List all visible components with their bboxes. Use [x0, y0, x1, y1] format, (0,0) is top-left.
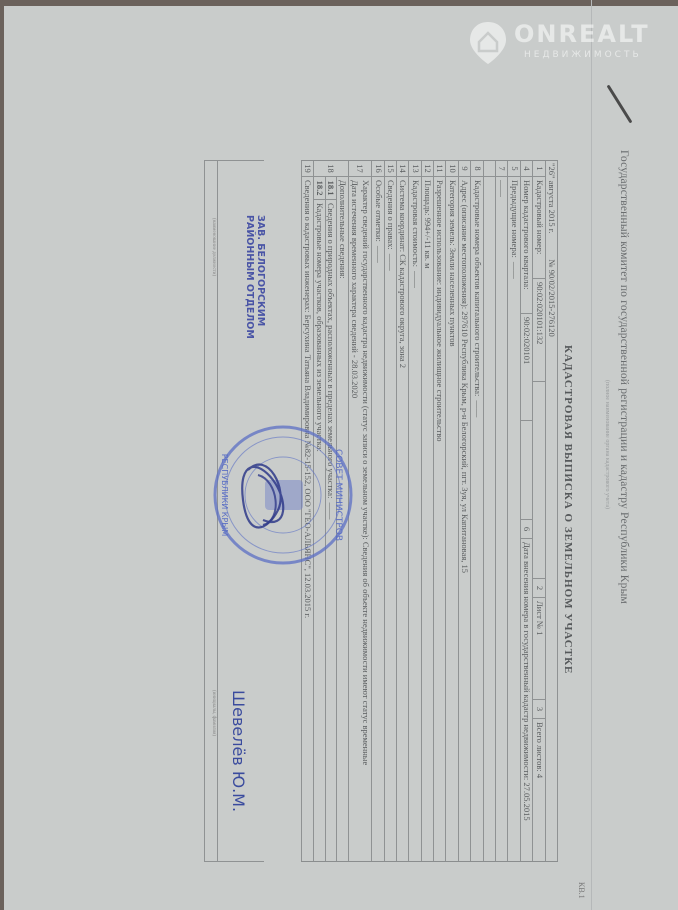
position-stamp: ЗАВ. БЕЛОГОРСКИМ РАЙОННЫМ ОТДЕЛОМ	[244, 215, 266, 339]
table-row	[483, 161, 495, 861]
coordinate-system: Система координат: СК кадастрового округ…	[397, 177, 408, 861]
table-row: 12 Площадь: 994+/-11 кв. м	[421, 161, 433, 861]
registration-date: Дата внесения номера в государственный к…	[521, 539, 532, 861]
table-row: 14 Система координат: СК кадастрового ок…	[396, 161, 408, 861]
onrealt-watermark: ONREALT НЕДВИЖИМОСТЬ	[468, 20, 678, 66]
land-category: Категория земель: Земли населенных пункт…	[446, 177, 457, 861]
table-row: 1 Кадастровый номер: 90:02:020101:132 2 …	[532, 161, 544, 861]
quarter-number: 90:02:020101	[521, 314, 532, 421]
table-row-date: "26" августа 2015 г. № 90/02/2015-276120	[545, 161, 558, 861]
table-row: 5 Предыдущие номера:——	[507, 161, 519, 861]
cadastral-number: 90:02:020101:132	[533, 279, 544, 382]
issue-date: "26" августа 2015 г.	[547, 163, 557, 233]
permitted-use: Разрешенное использование: индивидуально…	[434, 177, 445, 861]
table-row: 8 Кадастровые номера объектов капитально…	[470, 161, 482, 861]
authority-name: Государственный комитет по государственн…	[618, 150, 630, 604]
record-status: Характер сведений государственного кадас…	[360, 177, 371, 861]
table-row: 9 Адрес (описание местоположения): 29761…	[458, 161, 470, 861]
signatory-name: Шевелёв Ю.М.	[229, 690, 248, 812]
form-code: КВ.1	[577, 882, 586, 899]
table-row: 10 Категория земель: Земли населенных пу…	[445, 161, 457, 861]
position-caption: (наименование должности)	[211, 218, 216, 276]
header-rule	[591, 0, 592, 910]
svg-text:СОВЕТ МИНИСТРОВ: СОВЕТ МИНИСТРОВ	[333, 449, 343, 541]
cadastral-extract-page: Государственный комитет по государственн…	[0, 0, 678, 910]
table-row: 11 Разрешенное использование: индивидуал…	[433, 161, 445, 861]
table-row: 16 Особые отметки:——	[371, 161, 383, 861]
table-row: 15 Сведения о правах:——	[384, 161, 396, 861]
authority-caption: (полное наименование органа кадастрового…	[604, 380, 610, 509]
address: Адрес (описание местоположения): 297610 …	[459, 177, 470, 861]
sheet-number: Лист № 1	[533, 598, 544, 700]
sheets-total: Всего листов: 4	[533, 719, 544, 861]
photo-frame: Государственный комитет по государственн…	[0, 0, 678, 910]
table-row: 7 ——	[495, 161, 507, 861]
state-emblem-icon: СОВЕТ МИНИСТРОВ РЕСПУБЛИКИ КРЫМ	[208, 420, 358, 570]
svg-text:РЕСПУБЛИКИ КРЫМ: РЕСПУБЛИКИ КРЫМ	[220, 454, 229, 537]
name-caption: (инициалы, фамилия)	[211, 690, 216, 736]
document-number: № 90/02/2015-276120	[547, 259, 557, 336]
area: Площадь: 994+/-11 кв. м	[422, 177, 433, 861]
document-title: КАДАСТРОВАЯ ВЫПИСКА О ЗЕМЕЛЬНОМ УЧАСТКЕ	[562, 345, 574, 674]
table-row: 4 Номер кадастрового квартала: 90:02:020…	[520, 161, 532, 861]
table-row: 13 Кадастровая стоимость:——	[408, 161, 420, 861]
house-pin-icon	[468, 20, 508, 66]
